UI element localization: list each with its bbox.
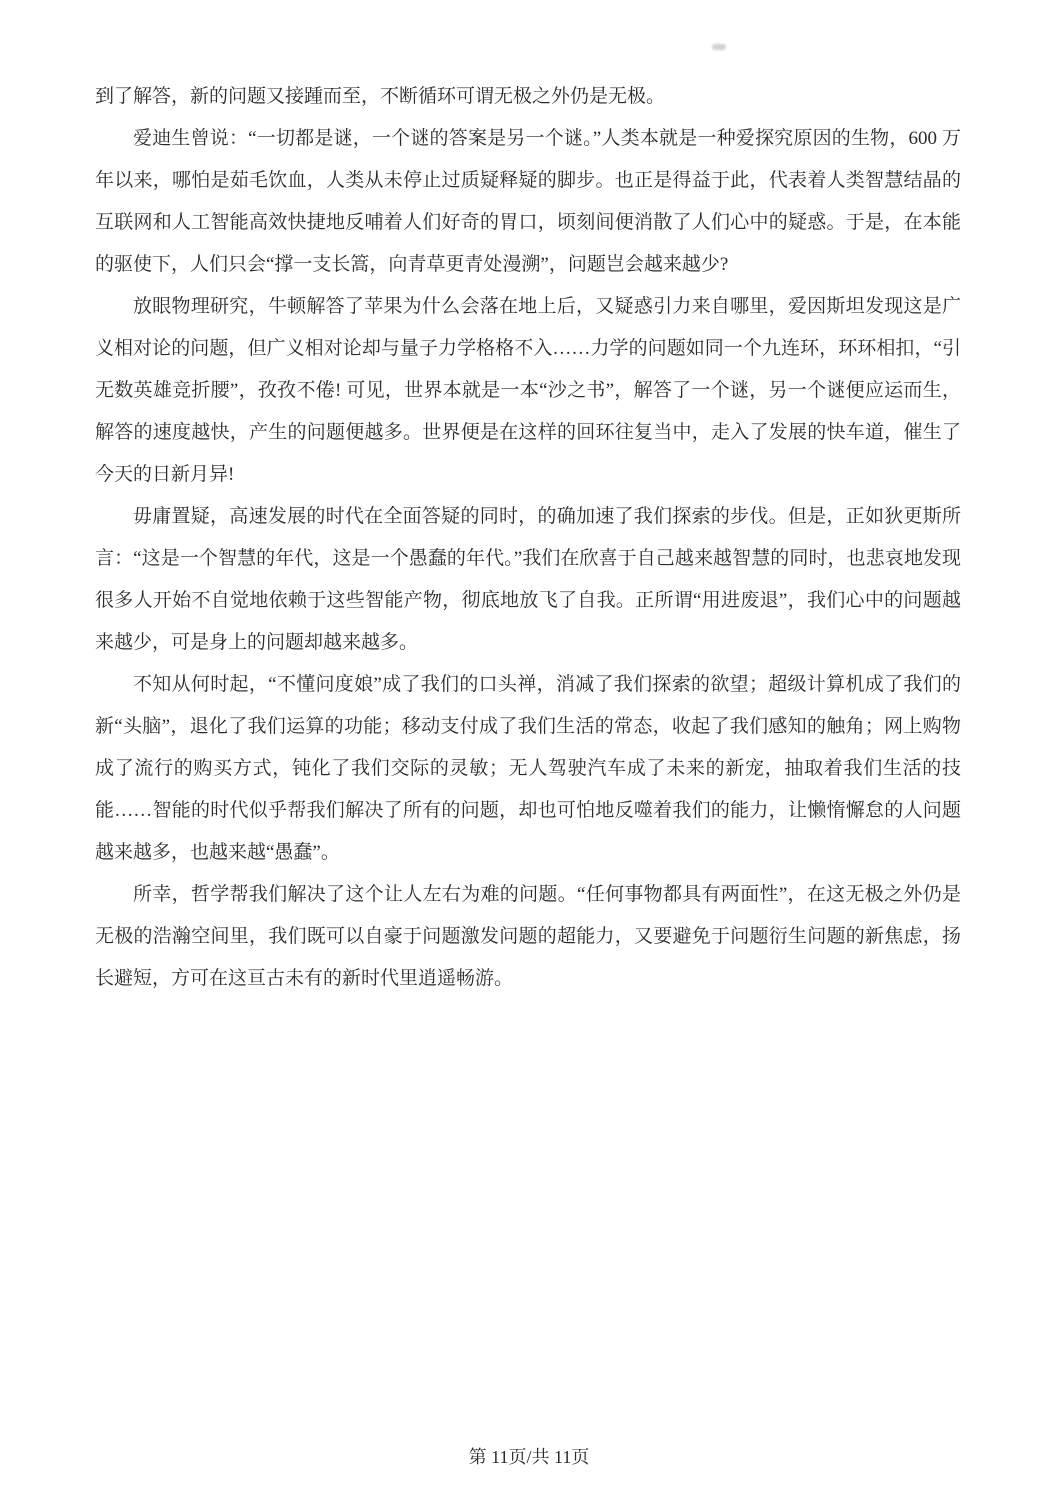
page-number-indicator: 第 11页/共 11页 — [469, 1447, 590, 1467]
essay-paragraph: 毋庸置疑，高速发展的时代在全面答疑的同时，的确加速了我们探索的步伐。但是，正如狄… — [95, 496, 961, 664]
ink-smudge-artifact — [712, 44, 726, 50]
document-page: 到了解答，新的问题又接踵而至，不断循环可谓无极之外仍是无极。 爱迪生曾说：“一切… — [0, 0, 1058, 1496]
essay-paragraph: 不知从何时起，“不懂问度娘”成了我们的口头禅，消减了我们探索的欲望；超级计算机成… — [95, 664, 961, 874]
essay-paragraph: 放眼物理研究，牛顿解答了苹果为什么会落在地上后，又疑惑引力来自哪里，爱因斯坦发现… — [95, 286, 961, 496]
essay-paragraph-continuation: 到了解答，新的问题又接踵而至，不断循环可谓无极之外仍是无极。 — [95, 76, 961, 118]
essay-paragraph: 爱迪生曾说：“一切都是谜，一个谜的答案是另一个谜。”人类本就是一种爱探究原因的生… — [95, 118, 961, 286]
essay-paragraph: 所幸，哲学帮我们解决了这个让人左右为难的问题。“任何事物都具有两面性”，在这无极… — [95, 874, 961, 1000]
page-footer: 第 11页/共 11页 — [0, 1444, 1058, 1470]
essay-body: 到了解答，新的问题又接踵而至，不断循环可谓无极之外仍是无极。 爱迪生曾说：“一切… — [95, 76, 961, 1000]
